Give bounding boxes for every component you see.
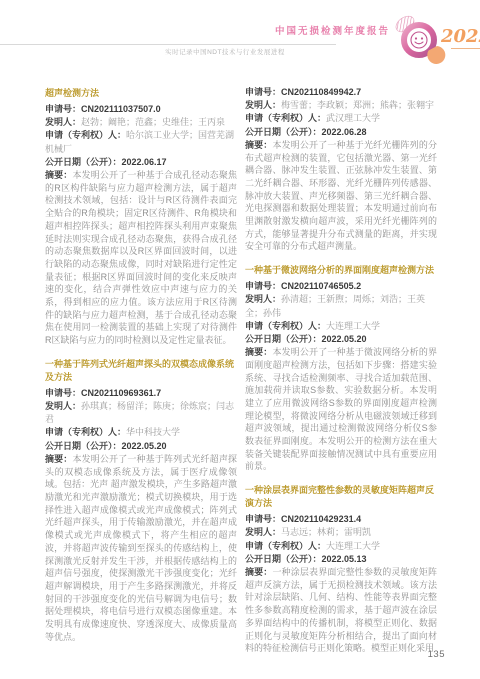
application-no-value: CN202110849942.7 [281, 87, 361, 97]
application-no-label: 申请号： [45, 388, 81, 398]
application-no-label: 申请号： [245, 514, 281, 524]
patent-entry-2: 一种基于阵列式光纤超声探头的双模态成像系统及方法 申请号：CN202110969… [45, 358, 237, 644]
publish-date-label: 公开日期（公开）： [45, 441, 122, 451]
patent-entry-1: 超声检测方法 申请号：CN202111037507.0 发明人：赵勃；阚艳；范鑫… [45, 87, 237, 347]
abstract-label: 摘要： [245, 567, 272, 577]
publish-date-label: 公开日期（公开）： [45, 157, 122, 167]
publish-date-value: 2022.05.20 [122, 441, 167, 451]
applicant-label: 申请（专利权）人： [45, 130, 126, 140]
publish-date-label: 公开日期（公开）： [245, 127, 322, 137]
report-tagline: 实时记录中国NDT技术与行业发展进程 [140, 47, 310, 56]
application-no-line: 申请号：CN202110849942.7 [245, 86, 437, 99]
abstract-label: 摘要： [245, 140, 272, 150]
inventors-label: 发明人： [245, 294, 281, 304]
abstract-paragraph: 摘要：一种涂层表界面完整性参数的灵敏度矩阵超声反演方法，属于无损检测技术领域。该… [245, 566, 437, 652]
applicant-line: 申请（专利权）人：大连理工大学 [245, 320, 437, 333]
applicant-value: 华中科技大学 [126, 427, 180, 437]
publish-date-value: 2022.06.28 [322, 127, 367, 137]
abstract-text: 本发明公开了一种基于阵列式光纤超声探头的双模态成像系统及方法，属于医疗成像领域。… [45, 454, 237, 642]
page-number: 135 [428, 649, 445, 660]
publish-date-line: 公开日期（公开）：2022.05.20 [245, 333, 437, 346]
right-column: 申请号：CN202110849942.7 发明人：梅雪蕾；李政颖；郑洲；熊犇；张… [245, 86, 437, 652]
report-page: 中国无损检测年度报告 2022 实时记录中国N [0, 0, 480, 679]
inventors-line: 发明人：赵勃；阚艳；范鑫；史维佳；王丙泉 [45, 116, 237, 129]
application-no-label: 申请号： [245, 281, 281, 291]
application-no-value: CN202110429231.4 [281, 514, 361, 524]
application-no-label: 申请号： [245, 87, 281, 97]
patent-entry-3-body-block: 申请号：CN202110849942.7 发明人：梅雪蕾；李政颖；郑洲；熊犇；张… [245, 86, 437, 253]
applicant-label: 申请（专利权）人： [45, 427, 126, 437]
application-no-value: CN202110969361.7 [81, 388, 161, 398]
applicant-line: 申请（专利权）人：大连理工大学 [245, 540, 437, 553]
inventors-label: 发明人： [245, 100, 281, 110]
inventors-value: 马志远；林莉；雷明凯 [281, 527, 371, 537]
abstract-paragraph: 摘要：本发明公开了一种基于合成孔径动态聚焦的R区构件缺陷与应力超声检测方法，属于… [45, 169, 237, 347]
publish-date-label: 公开日期（公开）： [245, 334, 322, 344]
applicant-value: 武汉理工大学 [326, 113, 380, 123]
application-no-line: 申请号：CN202110429231.4 [245, 513, 437, 526]
applicant-value: 大连理工大学 [326, 541, 380, 551]
inventors-label: 发明人： [245, 527, 281, 537]
application-no-label: 申请号： [45, 104, 81, 114]
application-no-line: 申请号：CN202111037507.0 [45, 103, 237, 116]
patent-title: 超声检测方法 [45, 87, 237, 100]
publish-date-line: 公开日期（公开）：2022.05.20 [45, 440, 237, 453]
abstract-text: 本发明公开了一种基于光纤光栅阵列的分布式超声检测的装置，它包括激光器、第一光纤耦… [245, 140, 437, 252]
application-no-value: CN202111037507.0 [81, 104, 161, 114]
inventors-label: 发明人： [45, 401, 81, 411]
abstract-text: 本发明公开了一种基于合成孔径动态聚焦的R区构件缺陷与应力超声检测方法，属于超声检… [45, 170, 237, 345]
abstract-label: 摘要： [45, 454, 72, 464]
applicant-value: 大连理工大学 [326, 321, 380, 331]
inventors-line: 发明人：马志远；林莉；雷明凯 [245, 526, 437, 539]
abstract-text: 本发明公开了一种基于微波网络分析的界面刚度超声检测方法，包括如下步骤：搭建实验系… [245, 347, 437, 471]
publish-date-value: 2022.05.13 [322, 554, 367, 564]
publish-date-value: 2022.05.20 [322, 334, 367, 344]
applicant-label: 申请（专利权）人： [245, 541, 326, 551]
publish-date-line: 公开日期（公开）：2022.05.13 [245, 553, 437, 566]
patent-title: 一种涂层表界面完整性参数的灵敏度矩阵超声反演方法 [245, 484, 437, 510]
abstract-paragraph: 摘要：本发明公开了一种基于阵列式光纤超声探头的双模态成像系统及方法，属于医疗成像… [45, 453, 237, 644]
header-divider-line [0, 44, 336, 45]
applicant-line: 申请（专利权）人：哈尔滨工业大学；国营芜湖机械厂 [45, 129, 237, 155]
patent-title: 一种基于微波网络分析的界面刚度超声检测方法 [245, 264, 437, 277]
abstract-paragraph: 摘要：本发明公开了一种基于光纤光栅阵列的分布式超声检测的装置，它包括激光器、第一… [245, 139, 437, 253]
application-no-line: 申请号：CN202110746505.2 [245, 280, 437, 293]
inventors-line: 发明人：孙清超；王新煦；周烁；刘浩；王英全；孙伟 [245, 293, 437, 319]
report-title: 中国无损检测年度报告 [275, 23, 390, 37]
publish-date-label: 公开日期（公开）： [245, 554, 322, 564]
abstract-text: 一种涂层表界面完整性参数的灵敏度矩阵超声反演方法，属于无损检测技术领域。该方法针… [245, 567, 437, 652]
inventors-line: 发明人：梅雪蕾；李政颖；郑洲；熊犇；张翱宇 [245, 99, 437, 112]
year-underline [451, 48, 480, 49]
publish-date-line: 公开日期（公开）：2022.06.28 [245, 126, 437, 139]
logo-face-icon [411, 32, 427, 48]
applicant-label: 申请（专利权）人： [245, 113, 326, 123]
inventors-value: 赵勃；阚艳；范鑫；史维佳；王丙泉 [81, 117, 225, 127]
applicant-line: 申请（专利权）人：武汉理工大学 [245, 112, 437, 125]
publish-date-value: 2022.06.17 [122, 157, 167, 167]
inventors-value: 梅雪蕾；李政颖；郑洲；熊犇；张翱宇 [281, 100, 434, 110]
report-year: 2022 [441, 26, 480, 47]
publish-date-line: 公开日期（公开）：2022.06.17 [45, 156, 237, 169]
abstract-label: 摘要： [245, 347, 272, 357]
inventors-label: 发明人： [45, 117, 81, 127]
applicant-label: 申请（专利权）人： [245, 321, 326, 331]
application-no-value: CN202110746505.2 [281, 281, 361, 291]
applicant-line: 申请（专利权）人：华中科技大学 [45, 426, 237, 439]
patent-entry-5: 一种涂层表界面完整性参数的灵敏度矩阵超声反演方法 申请号：CN202110429… [245, 484, 437, 652]
patent-entry-4: 一种基于微波网络分析的界面刚度超声检测方法 申请号：CN202110746505… [245, 264, 437, 473]
application-no-line: 申请号：CN202110969361.7 [45, 387, 237, 400]
abstract-paragraph: 摘要：本发明公开了一种基于微波网络分析的界面刚度超声检测方法，包括如下步骤：搭建… [245, 346, 437, 473]
patent-title: 一种基于阵列式光纤超声探头的双模态成像系统及方法 [45, 358, 237, 384]
left-column: 超声检测方法 申请号：CN202111037507.0 发明人：赵勃；阚艳；范鑫… [45, 86, 237, 652]
inventors-line: 发明人：孙琪真；杨留洋；陈庚；徐炼宸；闫志君 [45, 400, 237, 426]
abstract-label: 摘要： [45, 170, 72, 180]
patent-columns: 超声检测方法 申请号：CN202111037507.0 发明人：赵勃；阚艳；范鑫… [45, 86, 437, 652]
